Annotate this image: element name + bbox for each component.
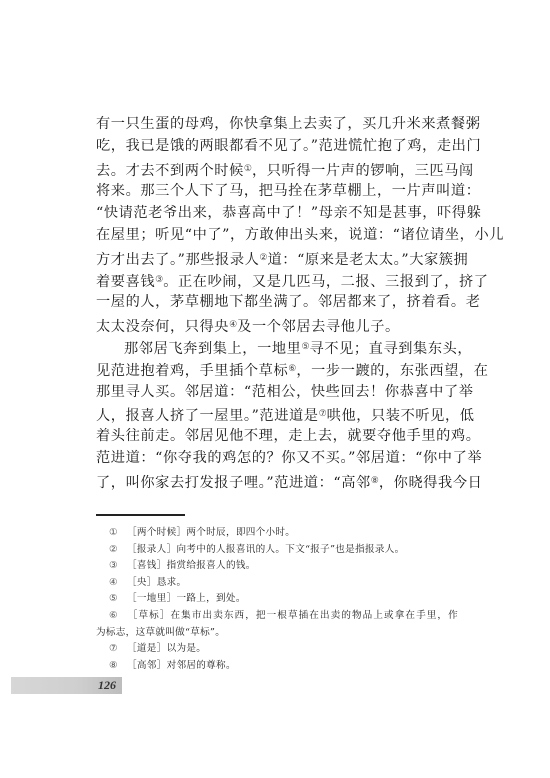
footnote-number: ④ <box>109 575 127 592</box>
text-line: 去。才去不到两个时候①，只听得一片声的锣响，三匹马闯 <box>96 158 456 180</box>
text-line: 将来。那三个人下了马，把马拴在茅草棚上，一片声叫道： <box>96 180 456 202</box>
footnote-text: 一路上，到处。 <box>176 593 245 604</box>
footnote-text: 对邻居的尊称。 <box>167 660 236 671</box>
page-number-bar: 126 <box>11 677 122 694</box>
text-line: 有一只生蛋的母鸡，你快拿集上去卖了，买几升米来煮餐粥 <box>96 113 456 135</box>
text-segment: 。正在吵闹，又是几匹马，二报、三报到了，挤了 <box>163 274 488 290</box>
text-segment: 着要喜钱 <box>96 274 155 290</box>
footnote-term: ［喜钱］ <box>127 560 167 571</box>
footnote-number: ⑥ <box>109 608 127 625</box>
text-line: “快请范老爷出来，恭喜高中了！”母亲不知是甚事，吓得躲 <box>96 202 456 224</box>
footnote-text: 以为是。 <box>167 643 207 654</box>
footnote-item: ⑤［一地里］一路上，到处。 <box>96 591 458 608</box>
footnote-item: ③［喜钱］指赏给报喜人的钱。 <box>96 558 458 575</box>
footnote-term: ［报录人］ <box>127 544 176 555</box>
text-line: 太太没奈何，只得央④及一个邻居去寻他儿子。 <box>96 314 456 336</box>
text-line: 一屋的人，茅草棚地下都坐满了。邻居都来了，挤着看。老 <box>96 291 456 313</box>
text-line: 见范进抱着鸡，手里插个草标⑥，一步一踱的，东张西望，在 <box>96 358 456 380</box>
text-line: 着头往前走。邻居见他不理，走上去，就要夺他手里的鸡。 <box>96 425 456 447</box>
text-segment: 见范进抱着鸡，手里插个草标 <box>96 363 288 379</box>
footnote-number: ⑧ <box>109 658 127 675</box>
footnote-text: 恳求。 <box>157 577 187 588</box>
footnote-ref: ⑧ <box>371 476 379 486</box>
footnote-ref: ④ <box>229 320 237 330</box>
text-segment: 方才出去了。”那些报录人 <box>96 252 259 268</box>
footnote-text: 向考中的人报喜讯的人。下文“报子”也是指报录人。 <box>176 544 404 555</box>
footnote-continuation: 为标志，这草就叫做“草标”。 <box>96 625 458 642</box>
text-segment: ，只听得一片声的锣响，三匹马闯 <box>252 163 474 179</box>
footnote-term: ［草标］ <box>127 610 171 621</box>
text-line: 范进道：“你夺我的鸡怎的？你又不买。”邻居道：“你中了举 <box>96 447 456 469</box>
text-segment: 哄他，只装不听见，低 <box>327 408 475 424</box>
footnote-ref: ⑤ <box>301 342 309 352</box>
text-segment: 寻不见；直寻到集东头， <box>310 341 473 357</box>
body-text: 有一只生蛋的母鸡，你快拿集上去卖了，买几升米来煮餐粥 吃，我已是饿的两眼都看不见… <box>96 113 456 492</box>
footnote-text: 指赏给报喜人的钱。 <box>167 560 256 571</box>
footnote-term: ［一地里］ <box>127 593 176 604</box>
footnote-term: ［高邻］ <box>127 660 167 671</box>
text-segment: ，一步一踱的，东张西望，在 <box>296 363 488 379</box>
text-segment: 去。才去不到两个时候 <box>96 163 244 179</box>
footnote-item: ②［报录人］向考中的人报喜讯的人。下文“报子”也是指报录人。 <box>96 542 458 559</box>
footnote-number: ⑤ <box>109 591 127 608</box>
text-line: 在屋里；听见“中了”，方敢伸出头来，说道：“诸位请坐，小儿 <box>96 224 456 246</box>
footnote-item: ⑦［道是］以为是。 <box>96 641 458 658</box>
footnote-text: 两个时辰，即四个小时。 <box>186 527 295 538</box>
page-number: 126 <box>98 677 116 694</box>
footnotes: ①［两个时候］两个时辰，即四个小时。 ②［报录人］向考中的人报喜讯的人。下文“报… <box>96 525 458 674</box>
text-segment: 了，叫你家去打发报子哩。”范进道：“高邻 <box>96 475 371 491</box>
footnote-text: 在集市出卖东西，把一根草插在出卖的物品上或拿在手里，作 <box>171 610 459 621</box>
text-segment: 及一个邻居去寻他儿子。 <box>237 319 400 335</box>
text-segment: ，你晓得我今日 <box>379 475 483 491</box>
text-segment: 太太没奈何，只得央 <box>96 319 229 335</box>
footnote-number: ② <box>109 542 127 559</box>
text-segment: 道：“原来是老太太。”大家簇拥 <box>268 252 469 268</box>
footnote-term: ［道是］ <box>127 643 167 654</box>
footnote-ref: ⑦ <box>319 409 327 419</box>
text-line: 那邻居飞奔到集上，一地里⑤寻不见；直寻到集东头， <box>96 336 456 358</box>
text-segment: 那邻居飞奔到集上，一地里 <box>124 341 301 357</box>
footnote-item: ④［央］恳求。 <box>96 575 458 592</box>
text-segment: 人，报喜人挤了一屋里。”范进道是 <box>96 408 319 424</box>
footnote-ref: ① <box>244 164 252 174</box>
text-line: 吃，我已是饿的两眼都看不见了。”范进慌忙抱了鸡，走出门 <box>96 135 456 157</box>
footnote-number: ① <box>109 525 127 542</box>
footnote-item: ⑥［草标］在集市出卖东西，把一根草插在出卖的物品上或拿在手里，作 <box>96 608 458 625</box>
footnote-number: ⑦ <box>109 641 127 658</box>
text-line: 着要喜钱③。正在吵闹，又是几匹马，二报、三报到了，挤了 <box>96 269 456 291</box>
text-line: 了，叫你家去打发报子哩。”范进道：“高邻⑧，你晓得我今日 <box>96 470 456 492</box>
text-line: 那里寻人买。邻居道：“范相公，快些回去！你恭喜中了举 <box>96 381 456 403</box>
footnote-ref: ② <box>259 253 267 263</box>
footnote-term: ［央］ <box>127 577 157 588</box>
footnote-item: ⑧［高邻］对邻居的尊称。 <box>96 658 458 675</box>
book-page: 有一只生蛋的母鸡，你快拿集上去卖了，买几升米来煮餐粥 吃，我已是饿的两眼都看不见… <box>0 0 550 778</box>
text-line: 人，报喜人挤了一屋里。”范进道是⑦哄他，只装不听见，低 <box>96 403 456 425</box>
text-line: 方才出去了。”那些报录人②道：“原来是老太太。”大家簇拥 <box>96 247 456 269</box>
footnote-term: ［两个时候］ <box>127 527 186 538</box>
footnote-number: ③ <box>109 558 127 575</box>
footnote-divider <box>96 514 185 516</box>
footnote-item: ①［两个时候］两个时辰，即四个小时。 <box>96 525 458 542</box>
